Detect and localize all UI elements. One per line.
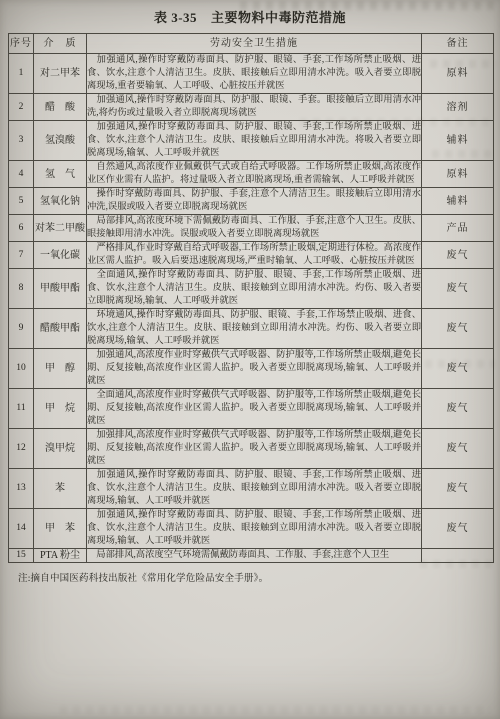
row-measures: 加强通风,操作时穿戴防毒面具、防护服、眼镜、手套,工作场所禁止吸烟、进食、饮水,… <box>87 121 422 161</box>
table-row: 15 PTA 粉尘 局部排风,高浓度空气环境需佩戴防毒面具、工作服、手套,注意个… <box>9 549 494 563</box>
row-medium: 甲酸甲酯 <box>34 269 87 309</box>
row-medium: 氢 气 <box>34 161 87 188</box>
row-medium: 甲 苯 <box>34 509 87 549</box>
row-measures: 环境通风,操作时穿戴防毒面具、防护服、眼镜、手套,工作场禁止吸烟、进食、饮水,注… <box>87 309 422 349</box>
row-remark: 原料 <box>422 161 494 188</box>
row-medium: 醋 酸 <box>34 94 87 121</box>
row-index: 6 <box>9 215 34 242</box>
row-measures-text: 加强通风,操作时穿戴防毒面具、防护服、眼镜、手套,工作场所禁止吸烟、进食、饮水,… <box>87 55 421 91</box>
row-measures-text: 加强通风,操作时穿戴防毒面具、防护服、眼镜、手套。眼接触后立即用清水冲洗,将灼伤… <box>87 95 421 118</box>
row-measures-text: 环境通风,操作时穿戴防毒面具、防护服、眼镜、手套,工作场禁止吸烟、进食、饮水,注… <box>87 310 421 346</box>
header-measures: 劳动安全卫生措施 <box>87 34 422 54</box>
row-measures-text: 局部排风,高浓度环境下需佩戴防毒面具、工作服、手套,注意个人卫生。皮肤、眼接触即… <box>87 216 421 239</box>
row-remark: 废气 <box>422 389 494 429</box>
table-row: 7 一氧化碳 严格排风,作业时穿戴自给式呼吸器,工作场所禁止吸烟,定期进行体检。… <box>9 242 494 269</box>
row-index: 1 <box>9 54 34 94</box>
row-measures-text: 加强通风,操作时穿戴防毒面具、防护服、眼镜、手套,工作场所禁止吸烟、进食、饮水,… <box>87 470 421 506</box>
row-medium: 醋酸甲酯 <box>34 309 87 349</box>
row-index: 15 <box>9 549 34 563</box>
row-medium: PTA 粉尘 <box>34 549 87 563</box>
table-row: 13 苯 加强通风,操作时穿戴防毒面具、防护服、眼镜、手套,工作场所禁止吸烟、进… <box>9 469 494 509</box>
table-row: 10 甲 醇 加强通风,高浓度作业时穿戴供气式呼吸器、防护服等,工作场所禁止吸烟… <box>9 349 494 389</box>
row-remark: 废气 <box>422 242 494 269</box>
row-medium: 甲 烷 <box>34 389 87 429</box>
row-measures: 加强通风,高浓度作业时穿戴供气式呼吸器、防护服等,工作场所禁止吸烟,避免长期、反… <box>87 349 422 389</box>
row-remark: 废气 <box>422 269 494 309</box>
row-remark: 辅料 <box>422 188 494 215</box>
table-row: 2 醋 酸 加强通风,操作时穿戴防毒面具、防护服、眼镜、手套。眼接触后立即用清水… <box>9 94 494 121</box>
row-measures: 加强通风,操作时穿戴防毒面具、防护服、眼镜、手套,工作场所禁止吸烟、进食、饮水,… <box>87 509 422 549</box>
row-measures-text: 全面通风,高浓度作业时穿戴供气式呼吸器、防护服等,工作场所禁止吸烟,避免长期、反… <box>87 390 421 426</box>
row-medium: 对苯二甲酸 <box>34 215 87 242</box>
row-measures-text: 加强排风,高浓度作业时穿戴供气式呼吸器、防护服等,工作场所禁止吸烟,避免长期、反… <box>87 430 421 466</box>
table-row: 1 对二甲苯 加强通风,操作时穿戴防毒面具、防护服、眼镜、手套,工作场所禁止吸烟… <box>9 54 494 94</box>
row-medium: 氢氧化钠 <box>34 188 87 215</box>
row-remark: 辅料 <box>422 121 494 161</box>
row-measures-text: 局部排风,高浓度空气环境需佩戴防毒面具、工作服、手套,注意个人卫生 <box>96 550 389 560</box>
row-remark: 废气 <box>422 429 494 469</box>
table-header-row: 序号 介 质 劳动安全卫生措施 备注 <box>9 34 494 54</box>
header-medium: 介 质 <box>34 34 87 54</box>
table-row: 11 甲 烷 全面通风,高浓度作业时穿戴供气式呼吸器、防护服等,工作场所禁止吸烟… <box>9 389 494 429</box>
row-remark: 原料 <box>422 54 494 94</box>
row-remark: 产品 <box>422 215 494 242</box>
scan-bleedthrough-artifact <box>60 706 490 714</box>
row-measures-text: 操作时穿戴防毒面具、防护服、手套,注意个人清洁卫生。眼接触后立即用清水冲洗,误服… <box>87 189 421 212</box>
row-remark: 废气 <box>422 309 494 349</box>
row-measures: 加强排风,高浓度作业时穿戴供气式呼吸器、防护服等,工作场所禁止吸烟,避免长期、反… <box>87 429 422 469</box>
row-index: 11 <box>9 389 34 429</box>
row-index: 4 <box>9 161 34 188</box>
table-row: 8 甲酸甲酯 全面通风,操作时穿戴防毒面具、防护服、眼镜、手套,工作场所禁止吸烟… <box>9 269 494 309</box>
table-row: 5 氢氧化钠 操作时穿戴防毒面具、防护服、手套,注意个人清洁卫生。眼接触后立即用… <box>9 188 494 215</box>
row-remark <box>422 549 494 563</box>
row-index: 12 <box>9 429 34 469</box>
page-title: 表 3-35主要物料中毒防范措施 <box>0 7 500 26</box>
row-index: 8 <box>9 269 34 309</box>
row-medium: 甲 醇 <box>34 349 87 389</box>
table-row: 12 溴甲烷 加强排风,高浓度作业时穿戴供气式呼吸器、防护服等,工作场所禁止吸烟… <box>9 429 494 469</box>
row-index: 3 <box>9 121 34 161</box>
row-measures-text: 加强通风,操作时穿戴防毒面具、防护服、眼镜、手套,工作场所禁止吸烟、进食、饮水,… <box>87 510 421 546</box>
table-row: 14 甲 苯 加强通风,操作时穿戴防毒面具、防护服、眼镜、手套,工作场所禁止吸烟… <box>9 509 494 549</box>
row-index: 2 <box>9 94 34 121</box>
header-remark: 备注 <box>422 34 494 54</box>
row-medium: 对二甲苯 <box>34 54 87 94</box>
row-measures: 自然通风,高浓度作业佩戴供气式或自给式呼吸器。工作场所禁止吸烟,高浓度作业区作业… <box>87 161 422 188</box>
row-measures-text: 严格排风,作业时穿戴自给式呼吸器,工作场所禁止吸烟,定期进行体检。高浓度作业区需… <box>87 243 421 266</box>
row-index: 10 <box>9 349 34 389</box>
row-measures: 局部排风,高浓度空气环境需佩戴防毒面具、工作服、手套,注意个人卫生 <box>87 549 422 563</box>
row-index: 14 <box>9 509 34 549</box>
measures-table-body: 1 对二甲苯 加强通风,操作时穿戴防毒面具、防护服、眼镜、手套,工作场所禁止吸烟… <box>9 54 494 563</box>
row-measures: 操作时穿戴防毒面具、防护服、手套,注意个人清洁卫生。眼接触后立即用清水冲洗,误服… <box>87 188 422 215</box>
row-remark: 废气 <box>422 349 494 389</box>
table-row: 4 氢 气 自然通风,高浓度作业佩戴供气式或自给式呼吸器。工作场所禁止吸烟,高浓… <box>9 161 494 188</box>
row-remark: 废气 <box>422 509 494 549</box>
poison-prevention-table: 序号 介 质 劳动安全卫生措施 备注 1 对二甲苯 加强通风,操作时穿戴防毒面具… <box>8 33 494 563</box>
table-row: 3 氢溴酸 加强通风,操作时穿戴防毒面具、防护服、眼镜、手套,工作场所禁止吸烟、… <box>9 121 494 161</box>
row-medium: 苯 <box>34 469 87 509</box>
table-number-label: 表 3-35 <box>154 10 197 25</box>
table-row: 6 对苯二甲酸 局部排风,高浓度环境下需佩戴防毒面具、工作服、手套,注意个人卫生… <box>9 215 494 242</box>
row-measures: 局部排风,高浓度环境下需佩戴防毒面具、工作服、手套,注意个人卫生。皮肤、眼接触即… <box>87 215 422 242</box>
row-remark: 废气 <box>422 469 494 509</box>
table-row: 9 醋酸甲酯 环境通风,操作时穿戴防毒面具、防护服、眼镜、手套,工作场禁止吸烟、… <box>9 309 494 349</box>
row-index: 5 <box>9 188 34 215</box>
row-measures: 加强通风,操作时穿戴防毒面具、防护服、眼镜、手套。眼接触后立即用清水冲洗,将灼伤… <box>87 94 422 121</box>
row-medium: 溴甲烷 <box>34 429 87 469</box>
row-measures-text: 加强通风,操作时穿戴防毒面具、防护服、眼镜、手套,工作场所禁止吸烟、进食、饮水,… <box>87 122 421 158</box>
row-remark: 溶剂 <box>422 94 494 121</box>
row-measures-text: 全面通风,操作时穿戴防毒面具、防护服、眼镜、手套,工作场所禁止吸烟、进食、饮水,… <box>87 270 421 306</box>
row-measures: 严格排风,作业时穿戴自给式呼吸器,工作场所禁止吸烟,定期进行体检。高浓度作业区需… <box>87 242 422 269</box>
row-index: 7 <box>9 242 34 269</box>
row-measures: 全面通风,高浓度作业时穿戴供气式呼吸器、防护服等,工作场所禁止吸烟,避免长期、反… <box>87 389 422 429</box>
row-medium: 氢溴酸 <box>34 121 87 161</box>
table-title-text: 主要物料中毒防范措施 <box>211 10 346 25</box>
footnote: 注:摘自中国医药科技出版社《常用化学危险品安全手册》。 <box>18 570 500 584</box>
row-measures-text: 自然通风,高浓度作业佩戴供气式或自给式呼吸器。工作场所禁止吸烟,高浓度作业区作业… <box>87 162 421 185</box>
row-index: 9 <box>9 309 34 349</box>
row-measures-text: 加强通风,高浓度作业时穿戴供气式呼吸器、防护服等,工作场所禁止吸烟,避免长期、反… <box>87 350 421 386</box>
row-measures: 全面通风,操作时穿戴防毒面具、防护服、眼镜、手套,工作场所禁止吸烟、进食、饮水,… <box>87 269 422 309</box>
row-measures: 加强通风,操作时穿戴防毒面具、防护服、眼镜、手套,工作场所禁止吸烟、进食、饮水,… <box>87 54 422 94</box>
header-index: 序号 <box>9 34 34 54</box>
row-index: 13 <box>9 469 34 509</box>
row-measures: 加强通风,操作时穿戴防毒面具、防护服、眼镜、手套,工作场所禁止吸烟、进食、饮水,… <box>87 469 422 509</box>
row-medium: 一氧化碳 <box>34 242 87 269</box>
